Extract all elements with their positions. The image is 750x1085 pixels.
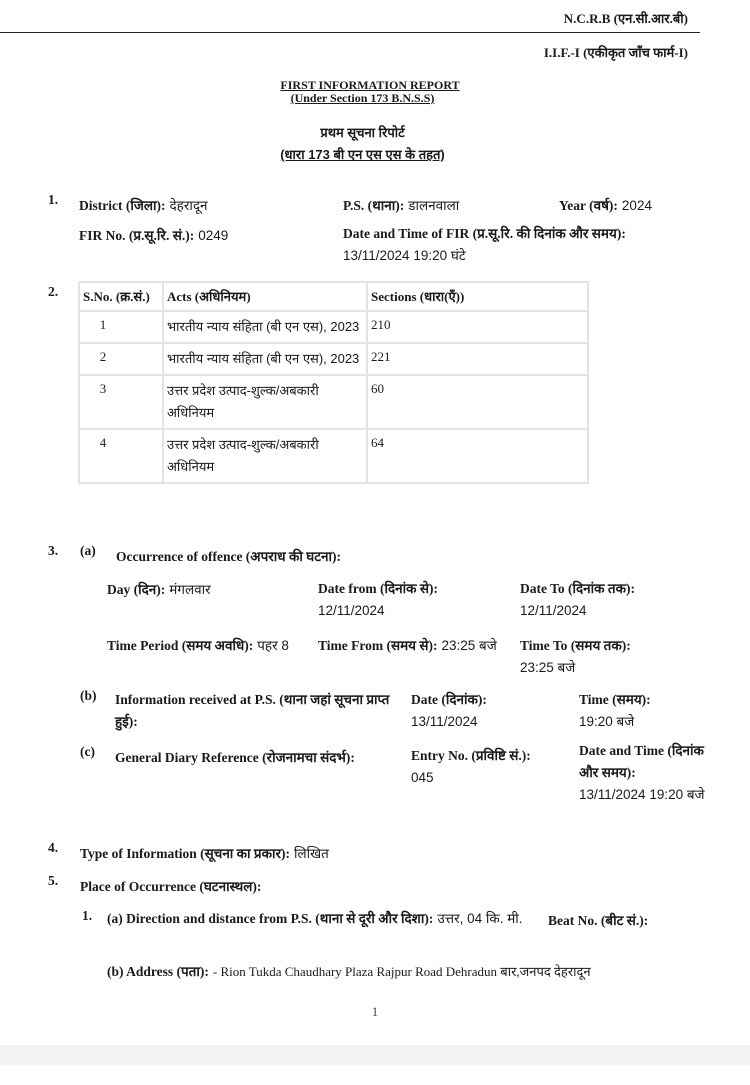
table-row: 3 उत्तर प्रदेश उत्पाद-शुल्क/अबकारी अधिनि… [79, 375, 588, 429]
time-period-label: Time Period (समय अवधि): [107, 638, 253, 653]
report-title-english: FIRST INFORMATION REPORT (Under Section … [0, 79, 750, 105]
time-from-label: Time From (समय से): [318, 638, 438, 653]
row-section: 210 [367, 311, 588, 343]
district-field: District (जिला): देहरादून [79, 196, 208, 215]
direction-distance-label: (a) Direction and distance from P.S. (था… [107, 911, 433, 926]
fir-number-label: FIR No. (प्र.सू.रि. सं.): [79, 228, 194, 243]
year-field: Year (वर्ष): 2024 [559, 196, 652, 215]
address-field: (b) Address (पता): - Rion Tukda Chaudhar… [107, 962, 591, 981]
info-received-label: Information received at P.S. (थाना जहां … [115, 689, 395, 733]
row-sno: 4 [79, 429, 163, 483]
fir-datetime-field: Date and Time of FIR (प्र.सू.रि. की दिना… [343, 223, 683, 267]
ps-value: डालनवाला [408, 198, 459, 213]
table-header-row: S.No. (क्र.सं.) Acts (अधिनियम) Sections … [79, 282, 588, 311]
time-from-value: 23:25 बजे [442, 638, 497, 653]
direction-distance-field: (a) Direction and distance from P.S. (था… [107, 908, 547, 930]
district-label: District (जिला): [79, 198, 166, 213]
type-of-information-label: Type of Information (सूचना का प्रकार): [80, 846, 290, 861]
row-section: 221 [367, 343, 588, 375]
row-act: उत्तर प्रदेश उत्पाद-शुल्क/अबकारी अधिनियम [163, 375, 367, 429]
entry-number-value: 045 [411, 767, 581, 789]
info-received-time-field: Time (समय): 19:20 बजे [579, 689, 719, 733]
row-act: भारतीय न्याय संहिता (बी एन एस), 2023 [163, 311, 367, 343]
beat-number-field: Beat No. (बीट सं.): [548, 911, 648, 930]
title-hi-line1: प्रथम सूचना रिपोर्ट [0, 122, 750, 144]
date-to-value: 12/11/2024 [520, 600, 700, 622]
section-5-number: 5. [48, 873, 58, 889]
entry-number-label: Entry No. (प्रविष्टि सं.): [411, 745, 581, 767]
title-hi-line2: (धारा 173 बी एन एस एस के तहत) [0, 144, 750, 166]
day-value: मंगलवार [169, 582, 210, 597]
column-header-sno: S.No. (क्र.सं.) [79, 282, 163, 311]
general-diary-label: General Diary Reference (रोजनामचा संदर्भ… [115, 748, 355, 766]
row-act: उत्तर प्रदेश उत्पाद-शुल्क/अबकारी अधिनियम [163, 429, 367, 483]
gd-datetime-field: Date and Time (दिनांक और समय): 13/11/202… [579, 740, 709, 806]
entry-number-field: Entry No. (प्रविष्टि सं.): 045 [411, 745, 581, 789]
section-3c-marker: (c) [80, 744, 95, 760]
place-item-number: 1. [82, 908, 92, 924]
year-value: 2024 [622, 198, 652, 213]
section-2-number: 2. [48, 284, 58, 300]
direction-distance-value: उत्तर, 04 कि. मी. [437, 911, 522, 926]
date-from-label: Date from (दिनांक से): [318, 578, 498, 600]
day-label: Day (दिन): [107, 582, 165, 597]
fir-number-field: FIR No. (प्र.सू.रि. सं.): 0249 [79, 226, 228, 245]
ncrb-header: N.C.R.B (एन.सी.आर.बी) [564, 9, 688, 27]
type-of-information-field: Type of Information (सूचना का प्रकार): ल… [80, 844, 329, 863]
gd-datetime-label: Date and Time (दिनांक और समय): [579, 740, 709, 784]
row-act: भारतीय न्याय संहिता (बी एन एस), 2023 [163, 343, 367, 375]
police-station-field: P.S. (थाना): डालनवाला [343, 196, 459, 215]
table-row: 4 उत्तर प्रदेश उत्पाद-शुल्क/अबकारी अधिनि… [79, 429, 588, 483]
acts-sections-table: S.No. (क्र.सं.) Acts (अधिनियम) Sections … [78, 281, 589, 484]
district-value: देहरादून [170, 198, 208, 213]
row-section: 60 [367, 375, 588, 429]
gd-datetime-value: 13/11/2024 19:20 बजे [579, 784, 709, 806]
section-4-number: 4. [48, 840, 58, 856]
date-to-field: Date To (दिनांक तक): 12/11/2024 [520, 578, 700, 622]
address-value: - Rion Tukda Chaudhary Plaza Rajpur Road… [213, 964, 591, 979]
day-field: Day (दिन): मंगलवार [107, 580, 211, 599]
fir-number-value: 0249 [198, 228, 228, 243]
page-bottom-bar [0, 1045, 750, 1065]
info-received-date-field: Date (दिनांक): 13/11/2024 [411, 689, 571, 733]
column-header-acts: Acts (अधिनियम) [163, 282, 367, 311]
row-sno: 2 [79, 343, 163, 375]
time-to-value: 23:25 बजे [520, 657, 700, 679]
fir-datetime-value: 13/11/2024 19:20 घंटे [343, 245, 683, 267]
time-from-field: Time From (समय से): 23:25 बजे [318, 635, 498, 657]
table-row: 1 भारतीय न्याय संहिता (बी एन एस), 2023 2… [79, 311, 588, 343]
beat-number-label: Beat No. (बीट सं.): [548, 913, 648, 928]
time-period-field: Time Period (समय अवधि): पहर 8 [107, 635, 307, 657]
info-received-time-label: Time (समय): [579, 689, 719, 711]
time-to-label: Time To (समय तक): [520, 635, 700, 657]
ps-label: P.S. (थाना): [343, 198, 404, 213]
occurrence-heading: Occurrence of offence (अपराध की घटना): [116, 547, 341, 565]
section-1-number: 1. [48, 192, 58, 208]
year-label: Year (वर्ष): [559, 198, 618, 213]
fir-datetime-label: Date and Time of FIR (प्र.सू.रि. की दिना… [343, 223, 683, 245]
row-section: 64 [367, 429, 588, 483]
section-3-number: 3. [48, 543, 58, 559]
info-received-date-label: Date (दिनांक): [411, 689, 571, 711]
column-header-sections: Sections (धारा(एँ)) [367, 282, 588, 311]
info-received-date-value: 13/11/2024 [411, 711, 571, 733]
date-to-label: Date To (दिनांक तक): [520, 578, 700, 600]
type-of-information-value: लिखित [294, 846, 329, 861]
table-row: 2 भारतीय न्याय संहिता (बी एन एस), 2023 2… [79, 343, 588, 375]
iif-form-header: I.I.F.-I (एकीकृत जाँच फार्म-I) [544, 43, 688, 61]
address-label: (b) Address (पता): [107, 964, 209, 979]
date-from-value: 12/11/2024 [318, 600, 498, 622]
report-title-hindi: प्रथम सूचना रिपोर्ट (धारा 173 बी एन एस ए… [0, 122, 750, 166]
title-en-line2: (Under Section 173 B.N.S.S) [0, 92, 750, 105]
time-to-field: Time To (समय तक): 23:25 बजे [520, 635, 700, 679]
page-number: 1 [0, 1004, 750, 1020]
place-of-occurrence-label: Place of Occurrence (घटनास्थल): [80, 877, 261, 895]
info-received-time-value: 19:20 बजे [579, 711, 719, 733]
row-sno: 1 [79, 311, 163, 343]
header-rule [0, 32, 700, 33]
section-3a-marker: (a) [80, 543, 96, 559]
row-sno: 3 [79, 375, 163, 429]
section-3b-marker: (b) [80, 688, 97, 704]
date-from-field: Date from (दिनांक से): 12/11/2024 [318, 578, 498, 622]
time-period-value: पहर 8 [257, 638, 289, 653]
